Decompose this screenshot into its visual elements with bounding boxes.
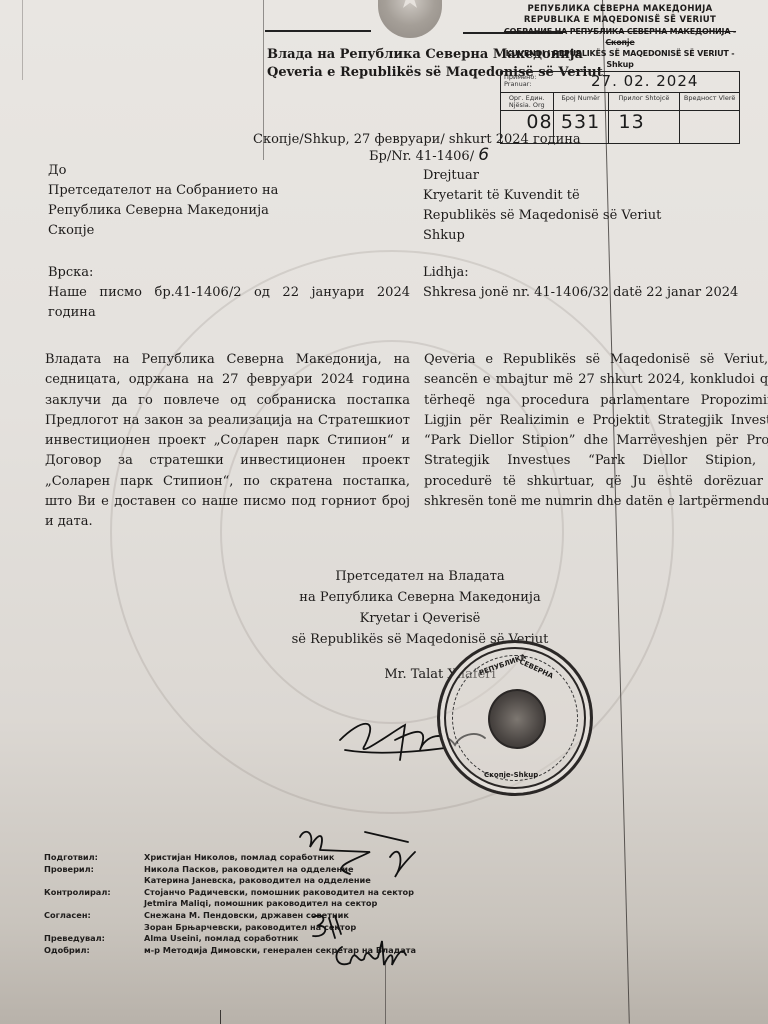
reference-handwritten: 6 (478, 145, 490, 165)
reference-text: Shkresa jonë nr. 41-1406/32 datë 22 jana… (423, 283, 768, 303)
seal-city: Скопје-Shkup (484, 771, 538, 779)
addressee-line: Republikës së Maqedonisë së Veriut (423, 206, 768, 226)
registry-table: Примено: Pranuar: 27. 02. 2024 Орг. Един… (500, 71, 740, 144)
addressee-sq: Drejtuar Kryetarit të Kuvendit të Republ… (423, 166, 768, 303)
stamp-header-line: РЕПУБЛИКА СЕВЕРНА МАКЕДОНИЈА (500, 4, 740, 15)
addressee-line: Претседателот на Собранието на (48, 181, 410, 201)
addressee-line: Shkup (423, 226, 768, 246)
initials-scribble (290, 822, 420, 892)
received-label: Примено: Pranuar: (504, 74, 544, 88)
stamp-header-line: REPUBLIKA E MAQEDONISË SË VERIUT (500, 15, 740, 26)
received-date: 27. 02. 2024 (591, 72, 698, 90)
stamp-header-line: KUVENDI I REPUBLIKËS SË MAQEDONISË SË VE… (500, 48, 740, 70)
seal-emblem-icon (488, 689, 546, 749)
fold-crease (22, 0, 23, 80)
column-label-number: Број Numër (554, 95, 608, 102)
addressee-mk: До Претседателот на Собранието на Републ… (48, 161, 410, 323)
value-attachment: 13 (619, 111, 645, 133)
registry-stamp: РЕПУБЛИКА СЕВЕРНА МАКЕДОНИЈА REPUBLIKA E… (500, 4, 740, 144)
reference-label: Lidhja: (423, 263, 768, 283)
value-org-unit: 08 (526, 111, 552, 133)
addressee-line: Kryetarit të Kuvendit të (423, 186, 768, 206)
body-text-mk: Владата на Република Северна Македонија,… (45, 350, 410, 533)
column-label-value: Вредност Vlerë (680, 95, 739, 102)
approval-row: Jetmira Maliqi, помошник раководител на … (44, 898, 416, 910)
initials-scribble (330, 935, 410, 975)
approval-row: Согласен:Снежана М. Пендовски, државен с… (44, 910, 416, 922)
body-text-sq: Qeveria e Republikës së Maqedonisë së Ve… (424, 350, 768, 512)
coat-of-arms-icon (378, 0, 442, 38)
approval-row: Зоран Брњарчевски, раководител на сектор (44, 922, 416, 934)
value-number: 531 (561, 111, 600, 133)
body-text-sq-clip: Qeveria e Republikës së Maqedonisë së Ve… (424, 350, 768, 550)
official-seal: РЕПУБЛИКА СЕВЕРНА Скопје-Shkup (437, 640, 593, 796)
signatory-title: Претседател на Владата (250, 566, 590, 587)
stamp-header-line: СОБРАНИЕ НА РЕПУБЛИКА СЕВЕРНА МАКЕДОНИЈА… (500, 26, 740, 48)
reference-label: Врска: (48, 263, 410, 283)
fold-crease (220, 1010, 221, 1024)
letterhead-rule-left (265, 30, 371, 32)
column-label-org-unit: Орг. Един. Njësia. Org (501, 95, 553, 109)
addressee-to-label: Drejtuar (423, 166, 768, 186)
column-label-attachment: Прилог Shtojcë (609, 95, 680, 102)
addressee-line: Скопје (48, 221, 410, 241)
reference-text: Наше писмо бр.41-1406/2 од 22 јануари 20… (48, 283, 410, 323)
addressee-line: Република Северна Македонија (48, 201, 410, 221)
signatory-title: на Република Северна Македонија (250, 587, 590, 608)
addressee-to-label: До (48, 161, 410, 181)
signatory-title: Kryetar i Qeverisë (250, 608, 590, 629)
